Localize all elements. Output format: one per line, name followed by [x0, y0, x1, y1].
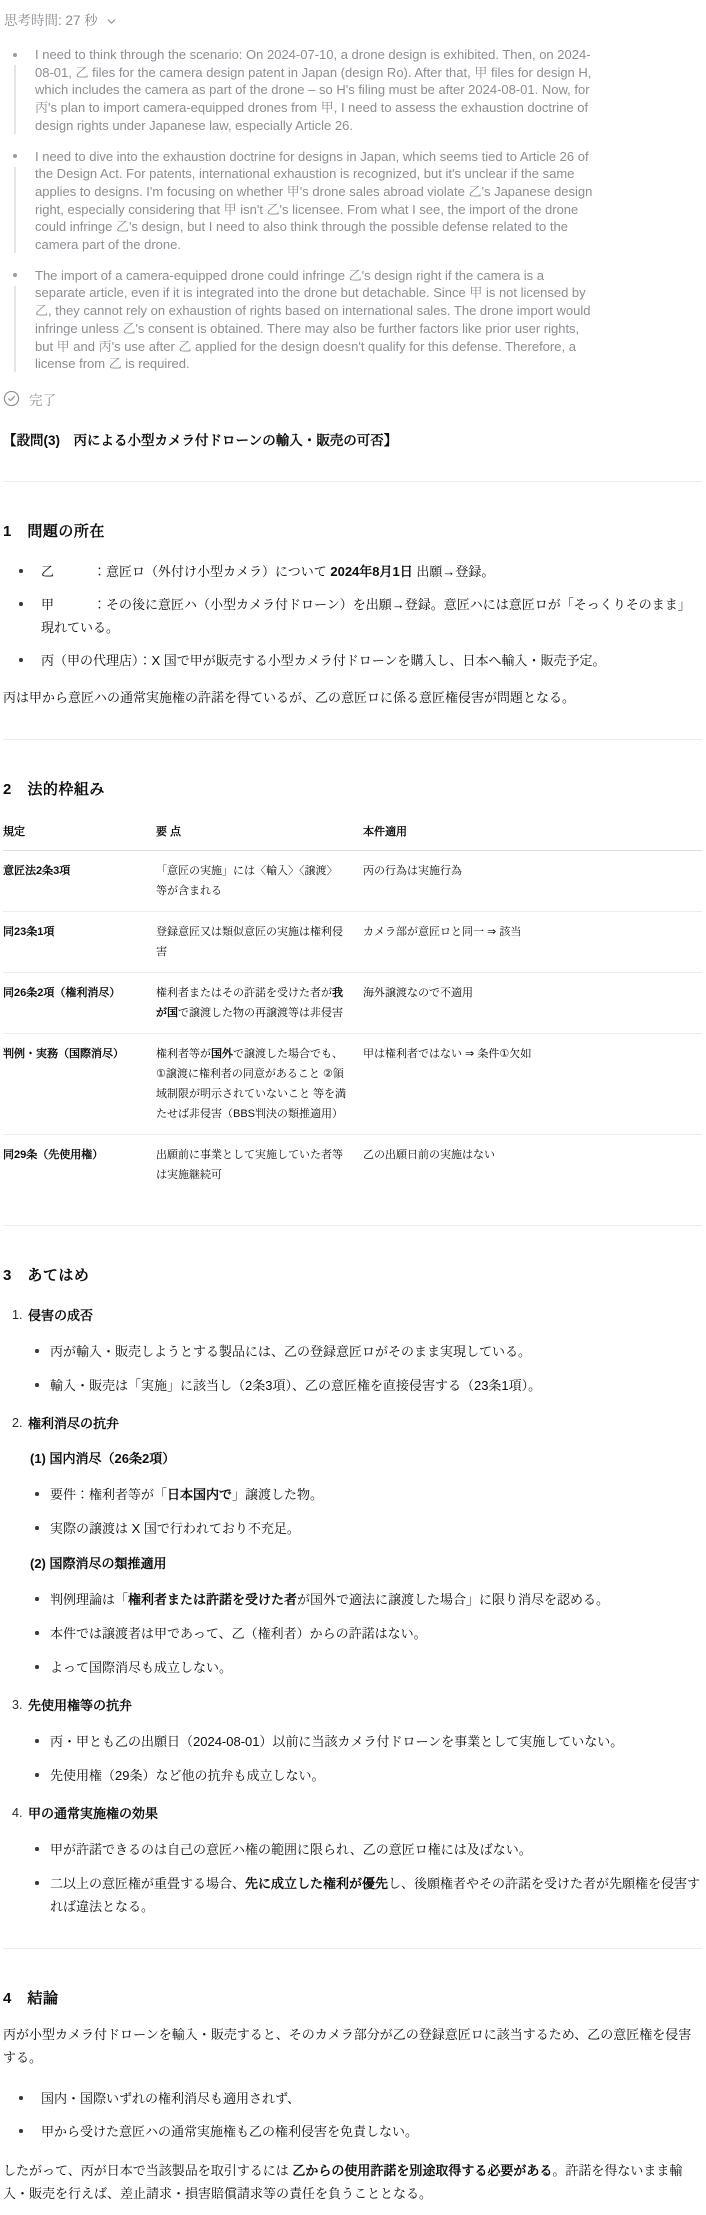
list-item: 二以上の意匠権が重畳する場合、先に成立した権利が優先し、後願権者やその許諾を受け… [3, 1872, 702, 1918]
bullet-dot-icon [35, 1631, 39, 1635]
thinking-item: I need to think through the scenario: On… [3, 46, 595, 135]
section-4-heading: 4 結論 [3, 1989, 702, 2009]
list-item: 本件では譲渡者は甲であって、乙（権利者）からの許諾はない。 [3, 1622, 702, 1645]
table-row: 意匠法2条3項 「意匠の実施」には〈輸入〉〈譲渡〉等が含まれる 丙の行為は実施行… [3, 850, 702, 911]
section-4-list: 国内・国際いずれの権利消尽も適用されず、 甲から受けた意匠ハの通常実施権も乙の権… [3, 2087, 702, 2143]
list-item-text: 丙が輸入・販売しようとする製品には、乙の登録意匠ロがそのまま実現している。 [50, 1344, 531, 1359]
bullet-dot-icon [35, 1881, 39, 1885]
thinking-item-text: I need to dive into the exhaustion doctr… [35, 149, 592, 253]
list-item: 先使用権（29条）など他の抗弁も成立しない。 [3, 1764, 702, 1787]
numbered-item: 2.権利消尽の抗弁 (1) 国内消尽（26条2項） 要件：権利者等が「日本国内で… [3, 1412, 702, 1679]
list-item: 乙 ：意匠ロ（外付け小型カメラ）について 2024年8月1日 出願→登録。 [3, 560, 702, 583]
bullet-dot-icon [35, 1847, 39, 1851]
thinking-item-text: I need to think through the scenario: On… [35, 47, 591, 133]
col-header-application: 本件適用 [363, 822, 702, 851]
list-item: 丙（甲の代理店）：X 国で甲が販売する小型カメラ付ドローンを購入し、日本へ輸入・… [3, 649, 702, 672]
bullet-dot-icon [19, 569, 23, 573]
thread-line [14, 65, 16, 134]
bullet-dot-icon [13, 154, 17, 158]
thinking-time-toggle[interactable]: 思考時間: 27 秒 [4, 12, 118, 30]
list-item-text: 甲が許諾できるのは自己の意匠ハ権の範囲に限られ、乙の意匠ロ権には及ばない。 [50, 1842, 532, 1857]
list-item-text: 乙 ：意匠ロ（外付け小型カメラ）について 2024年8月1日 出願→登録。 [41, 564, 494, 579]
list-item: 丙・甲とも乙の出願日（2024-08-01）以前に当該カメラ付ドローンを事業とし… [3, 1730, 702, 1753]
cell-application: 海外譲渡なので不適用 [363, 972, 702, 1033]
list-item: 丙が輸入・販売しようとする製品には、乙の登録意匠ロがそのまま実現している。 [3, 1340, 702, 1363]
bullet-dot-icon [35, 1526, 39, 1530]
conclusion-lead: 丙が小型カメラ付ドローンを輸入・販売すると、そのカメラ部分が乙の登録意匠ロに該当… [3, 2023, 702, 2069]
thinking-done-row: 完了 [3, 389, 702, 409]
section-3-heading: 3 あてはめ [3, 1266, 702, 1286]
legal-framework-table: 規定 要 点 本件適用 意匠法2条3項 「意匠の実施」には〈輸入〉〈譲渡〉等が含… [3, 822, 702, 1195]
list-item-text: 甲から受けた意匠ハの通常実施権も乙の権利侵害を免責しない。 [41, 2124, 418, 2139]
thread-line [14, 167, 16, 253]
item-number: 1. [12, 1304, 28, 1327]
thinking-item: The import of a camera-equipped drone co… [3, 267, 595, 373]
bullet-dot-icon [35, 1739, 39, 1743]
done-label: 完了 [29, 389, 56, 409]
list-item: 判例理論は「権利者または許諾を受けた者が国外で適法に譲渡した場合」に限り消尽を認… [3, 1588, 702, 1611]
list-item: よって国際消尽も成立しない。 [3, 1656, 702, 1679]
list-item-text: 甲 ：その後に意匠ハ（小型カメラ付ドローン）を出願→登録。意匠ハには意匠ロが「そ… [41, 597, 691, 635]
sub-heading: (2) 国際消尽の類推適用 [30, 1552, 702, 1575]
list-item-text: 輸入・販売は「実施」に該当し（2条3項）、乙の意匠権を直接侵害する（23条1項）… [50, 1378, 541, 1393]
bullet-dot-icon [35, 1492, 39, 1496]
thinking-time-label: 思考時間: 27 秒 [4, 12, 98, 30]
section-1-note: 丙は甲から意匠ハの通常実施権の許諾を得ているが、乙の意匠ロに係る意匠権侵害が問題… [3, 686, 702, 709]
cell-rule: 意匠法2条3項 [3, 850, 156, 911]
bullet-dot-icon [19, 658, 23, 662]
list-item-text: 二以上の意匠権が重畳する場合、先に成立した権利が優先し、後願権者やその許諾を受け… [50, 1876, 700, 1914]
question-title: 【設問(3) 丙による小型カメラ付ドローンの輸入・販売の可否】 [3, 431, 702, 451]
numbered-item: 3.先使用権等の抗弁 丙・甲とも乙の出願日（2024-08-01）以前に当該カメ… [3, 1694, 702, 1787]
cell-rule: 同26条2項（権利消尽） [3, 972, 156, 1033]
list-item-text: 国内・国際いずれの権利消尽も適用されず、 [41, 2091, 300, 2106]
item-title: 甲の通常実施権の効果 [28, 1802, 158, 1825]
item-number: 4. [12, 1802, 28, 1825]
numbered-item: 1.侵害の成否 丙が輸入・販売しようとする製品には、乙の登録意匠ロがそのまま実現… [3, 1304, 702, 1397]
conclusion-final: したがって、丙が日本で当該製品を取引するには 乙からの使用許諾を別途取得する必要… [3, 2159, 702, 2205]
cell-rule: 判例・実務（国際消尽） [3, 1033, 156, 1134]
item-title: 権利消尽の抗弁 [28, 1412, 119, 1435]
thinking-item: I need to dive into the exhaustion doctr… [3, 148, 595, 254]
cell-point: 権利者またはその許諾を受けた者が我が国で譲渡した物の再譲渡等は非侵害 [156, 972, 363, 1033]
item-title: 侵害の成否 [28, 1304, 93, 1327]
bullet-dot-icon [13, 273, 17, 277]
cell-point: 出願前に事業として実施していた者等は実施継続可 [156, 1134, 363, 1195]
col-header-point: 要 点 [156, 822, 363, 851]
bullet-dot-icon [19, 2129, 23, 2133]
cell-point: 「意匠の実施」には〈輸入〉〈譲渡〉等が含まれる [156, 850, 363, 911]
table-row: 判例・実務（国際消尽） 権利者等が国外で譲渡した場合でも、①譲渡に権利者の同意が… [3, 1033, 702, 1134]
item-number: 2. [12, 1412, 28, 1435]
list-item-text: 本件では譲渡者は甲であって、乙（権利者）からの許諾はない。 [50, 1626, 427, 1641]
list-item-text: 丙（甲の代理店）：X 国で甲が販売する小型カメラ付ドローンを購入し、日本へ輸入・… [41, 653, 606, 668]
list-item-text: 丙・甲とも乙の出願日（2024-08-01）以前に当該カメラ付ドローンを事業とし… [50, 1734, 623, 1749]
section-divider [3, 739, 702, 740]
col-header-rule: 規定 [3, 822, 156, 851]
section-3-list: 1.侵害の成否 丙が輸入・販売しようとする製品には、乙の登録意匠ロがそのまま実現… [3, 1304, 702, 1918]
section-1-heading: 1 問題の所在 [3, 522, 702, 542]
cell-rule: 同29条（先使用権） [3, 1134, 156, 1195]
table-row: 同23条1項 登録意匠又は類似意匠の実施は権利侵害 カメラ部が意匠ロと同一 ⇒ … [3, 911, 702, 972]
thread-line [14, 286, 16, 372]
bullet-dot-icon [35, 1597, 39, 1601]
cell-application: 丙の行為は実施行為 [363, 850, 702, 911]
list-item: 国内・国際いずれの権利消尽も適用されず、 [3, 2087, 702, 2110]
bullet-dot-icon [35, 1665, 39, 1669]
cell-point: 権利者等が国外で譲渡した場合でも、①譲渡に権利者の同意があること ②領域制限が明… [156, 1033, 363, 1134]
table-header-row: 規定 要 点 本件適用 [3, 822, 702, 851]
bullet-dot-icon [13, 53, 17, 57]
bullet-dot-icon [35, 1349, 39, 1353]
list-item: 輸入・販売は「実施」に該当し（2条3項）、乙の意匠権を直接侵害する（23条1項）… [3, 1374, 702, 1397]
bullet-dot-icon [35, 1773, 39, 1777]
list-item: 甲から受けた意匠ハの通常実施権も乙の権利侵害を免責しない。 [3, 2120, 702, 2143]
section-divider [3, 481, 702, 482]
list-item: 要件：権利者等が「日本国内で」譲渡した物。 [3, 1483, 702, 1506]
bullet-dot-icon [19, 2096, 23, 2100]
chevron-down-icon[interactable] [105, 15, 118, 28]
item-title: 先使用権等の抗弁 [28, 1694, 132, 1717]
list-item-text: よって国際消尽も成立しない。 [50, 1660, 232, 1675]
sub-heading: (1) 国内消尽（26条2項） [30, 1447, 702, 1470]
cell-point: 登録意匠又は類似意匠の実施は権利侵害 [156, 911, 363, 972]
section-2-heading: 2 法的枠組み [3, 780, 702, 800]
list-item-text: 先使用権（29条）など他の抗弁も成立しない。 [50, 1768, 324, 1783]
cell-application: 乙の出願日前の実施はない [363, 1134, 702, 1195]
bullet-dot-icon [19, 602, 23, 606]
list-item: 実際の譲渡は X 国で行われており不充足。 [3, 1517, 702, 1540]
list-item-text: 要件：権利者等が「日本国内で」譲渡した物。 [50, 1487, 323, 1502]
section-divider [3, 1225, 702, 1226]
section-divider [3, 1948, 702, 1949]
check-circle-icon [3, 390, 20, 407]
cell-application: 甲は権利者ではない ⇒ 条件①欠如 [363, 1033, 702, 1134]
numbered-item: 4.甲の通常実施権の効果 甲が許諾できるのは自己の意匠ハ権の範囲に限られ、乙の意… [3, 1802, 702, 1918]
chat-response: 思考時間: 27 秒 I need to think through the s… [0, 0, 706, 2215]
section-1-list: 乙 ：意匠ロ（外付け小型カメラ）について 2024年8月1日 出願→登録。 甲 … [3, 560, 702, 672]
bullet-dot-icon [35, 1383, 39, 1387]
thinking-trace: I need to think through the scenario: On… [3, 46, 595, 373]
cell-application: カメラ部が意匠ロと同一 ⇒ 該当 [363, 911, 702, 972]
list-item: 甲 ：その後に意匠ハ（小型カメラ付ドローン）を出願→登録。意匠ハには意匠ロが「そ… [3, 593, 702, 639]
list-item: 甲が許諾できるのは自己の意匠ハ権の範囲に限られ、乙の意匠ロ権には及ばない。 [3, 1838, 702, 1861]
cell-rule: 同23条1項 [3, 911, 156, 972]
item-number: 3. [12, 1694, 28, 1717]
table-row: 同29条（先使用権） 出願前に事業として実施していた者等は実施継続可 乙の出願日… [3, 1134, 702, 1195]
thinking-item-text: The import of a camera-equipped drone co… [35, 268, 590, 372]
list-item-text: 判例理論は「権利者または許諾を受けた者が国外で適法に譲渡した場合」に限り消尽を認… [50, 1592, 609, 1607]
table-row: 同26条2項（権利消尽） 権利者またはその許諾を受けた者が我が国で譲渡した物の再… [3, 972, 702, 1033]
list-item-text: 実際の譲渡は X 国で行われており不充足。 [50, 1521, 300, 1536]
